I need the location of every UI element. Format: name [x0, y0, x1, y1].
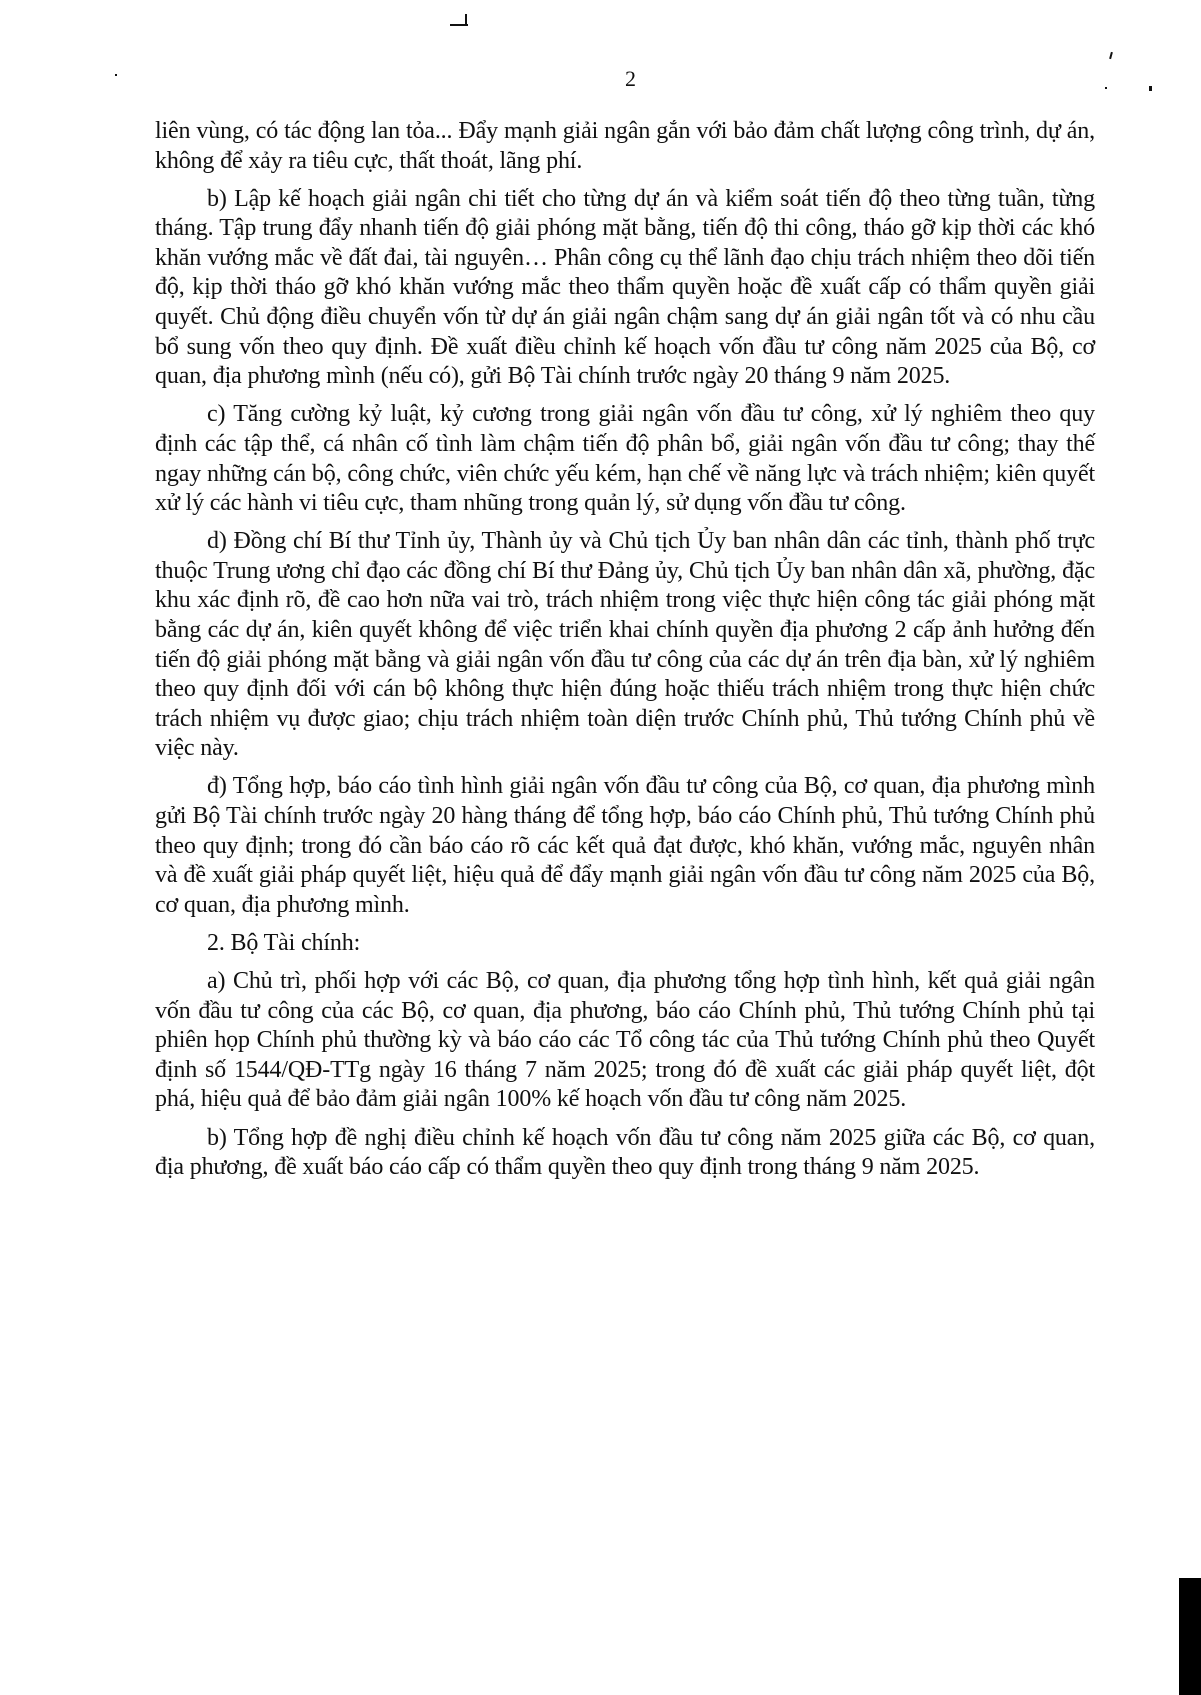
section-heading-2: 2. Bộ Tài chính: [155, 929, 1095, 959]
document-body: liên vùng, có tác động lan tỏa... Đẩy mạ… [155, 117, 1095, 1191]
page-number: 2 [30, 66, 1201, 92]
paragraph-1dd: đ) Tổng hợp, báo cáo tình hình giải ngân… [155, 772, 1095, 920]
scan-mark-top-underline [450, 24, 468, 26]
paragraph-1b: b) Lập kế hoạch giải ngân chi tiết cho t… [155, 185, 1095, 392]
paragraph-2a: a) Chủ trì, phối hợp với các Bộ, cơ quan… [155, 967, 1095, 1115]
scan-mark-top [465, 14, 467, 24]
scan-mark-right-1 [1109, 52, 1113, 59]
paragraph-1c: c) Tăng cường kỷ luật, kỷ cương trong gi… [155, 400, 1095, 518]
paragraph-continuation: liên vùng, có tác động lan tỏa... Đẩy mạ… [155, 117, 1095, 176]
scan-edge-bar [1179, 1578, 1201, 1695]
paragraph-2b: b) Tổng hợp đề nghị điều chỉnh kế hoạch … [155, 1124, 1095, 1183]
paragraph-1d: d) Đồng chí Bí thư Tỉnh ủy, Thành ủy và … [155, 527, 1095, 764]
